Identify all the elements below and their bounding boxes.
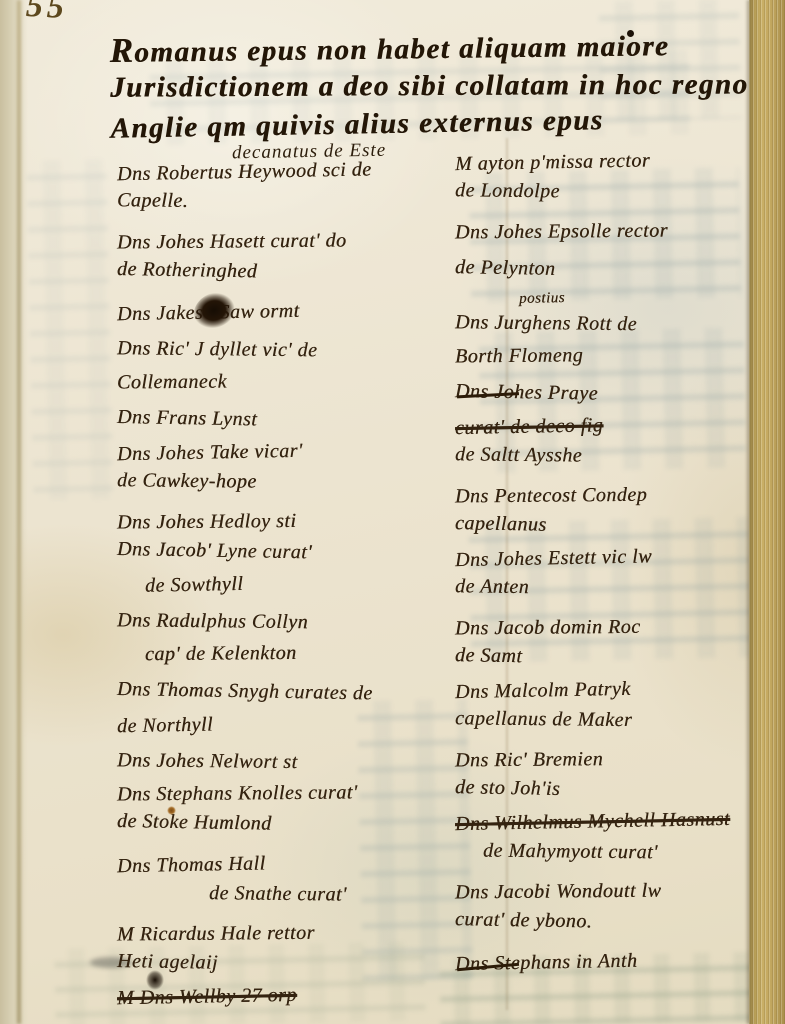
entry-line: M Dns Wellby 27 orp — [117, 977, 463, 1015]
entry-line: de Mahymyott curat' — [455, 835, 785, 869]
entry-line: Dns Johes Hedloy sti — [117, 504, 462, 538]
entry-line: Dns Stephans Knolles curat' — [117, 776, 462, 810]
entry-line: Dns Ric' J dyllet vic' de — [117, 333, 462, 368]
entry-line: Dns Robertus Heywood sci de — [117, 153, 463, 191]
entry-line: Dns Jacob domin Roc — [455, 611, 785, 645]
entry-line: Dns Thomas Hall — [117, 845, 463, 883]
entry-line: Dns Johes Hasett curat' do — [117, 224, 462, 258]
entry-line: curat' de deco fig — [455, 407, 785, 444]
entry-line: Dns Johes Nelwort st — [117, 745, 462, 780]
entry-line: M ayton p'missa rector — [455, 143, 785, 180]
entry-line: Dns Malcolm Patryk — [455, 671, 785, 708]
entry-line: Dns Pentecost Condep — [455, 479, 785, 513]
entry-line: Dns Wilhelmus Mychell Hasnust — [455, 803, 785, 840]
bleedthrough-patch — [26, 159, 113, 501]
entry-line: Borth Flomeng — [455, 339, 785, 373]
rust-spot — [167, 806, 176, 815]
entry-line: de Snathe curat' — [117, 877, 462, 912]
entry-line: de Northyll — [117, 705, 463, 743]
left-column: Dns Robertus Heywood sci deCapelle.Dns J… — [117, 156, 462, 1011]
entry-line: Dns Stephans in Anth — [455, 943, 785, 980]
manuscript-page: 55 Romanus epus non habet aliquam maiore… — [0, 0, 785, 1024]
entry-line: de Londolpe — [455, 175, 785, 209]
entry-line: de Saltt Aysshe — [455, 439, 785, 473]
entry-line: Dns Johes Epsolle rector — [455, 215, 785, 249]
entry-line: Collemaneck — [117, 364, 462, 398]
binding-edge — [0, 0, 28, 1024]
entry-line: Capelle. — [117, 185, 462, 220]
entry-line: curat' de ybono. — [455, 904, 785, 941]
entry-line: de Anten — [455, 571, 785, 605]
entry-line: de Cawkey-hope — [117, 465, 462, 500]
entry-line: Dns Johes Take vicar' — [117, 433, 463, 471]
heading-line: Romanus epus non habet aliquam maiore — [109, 24, 773, 72]
entry-line: Dns Ric' Bremien — [455, 743, 785, 777]
binding-crease — [17, 0, 21, 1024]
right-column: M ayton p'missa rectorde LondolpeDns Joh… — [455, 146, 785, 977]
entry-line: Dns Jacobi Wondoutt lw — [455, 875, 785, 909]
entry-line: cap' de Kelenkton — [117, 636, 462, 670]
entry-line: Dns Johes Estett vic lw — [455, 539, 785, 576]
ink-dot — [627, 30, 634, 37]
heading-line: Anglie qm quivis alius externus epus — [110, 99, 775, 148]
pages-fore-edge — [749, 0, 785, 1024]
entry-line: de Sowthyll — [117, 565, 463, 603]
entry-line: M Ricardus Hale rettor — [117, 916, 462, 950]
heading: Romanus epus non habet aliquam maiore Ju… — [109, 24, 774, 146]
entry-line: capellanus de Maker — [455, 703, 785, 737]
entry-line: Dns Jakes t'Saw ormt — [117, 293, 463, 331]
entry-line: Dns Radulphus Collyn — [117, 605, 462, 640]
folio-number: 55 — [25, 0, 69, 27]
entry-line: de Rotheringhed — [117, 254, 462, 291]
entry-line: Dns Jurghens Rott de — [455, 307, 785, 341]
